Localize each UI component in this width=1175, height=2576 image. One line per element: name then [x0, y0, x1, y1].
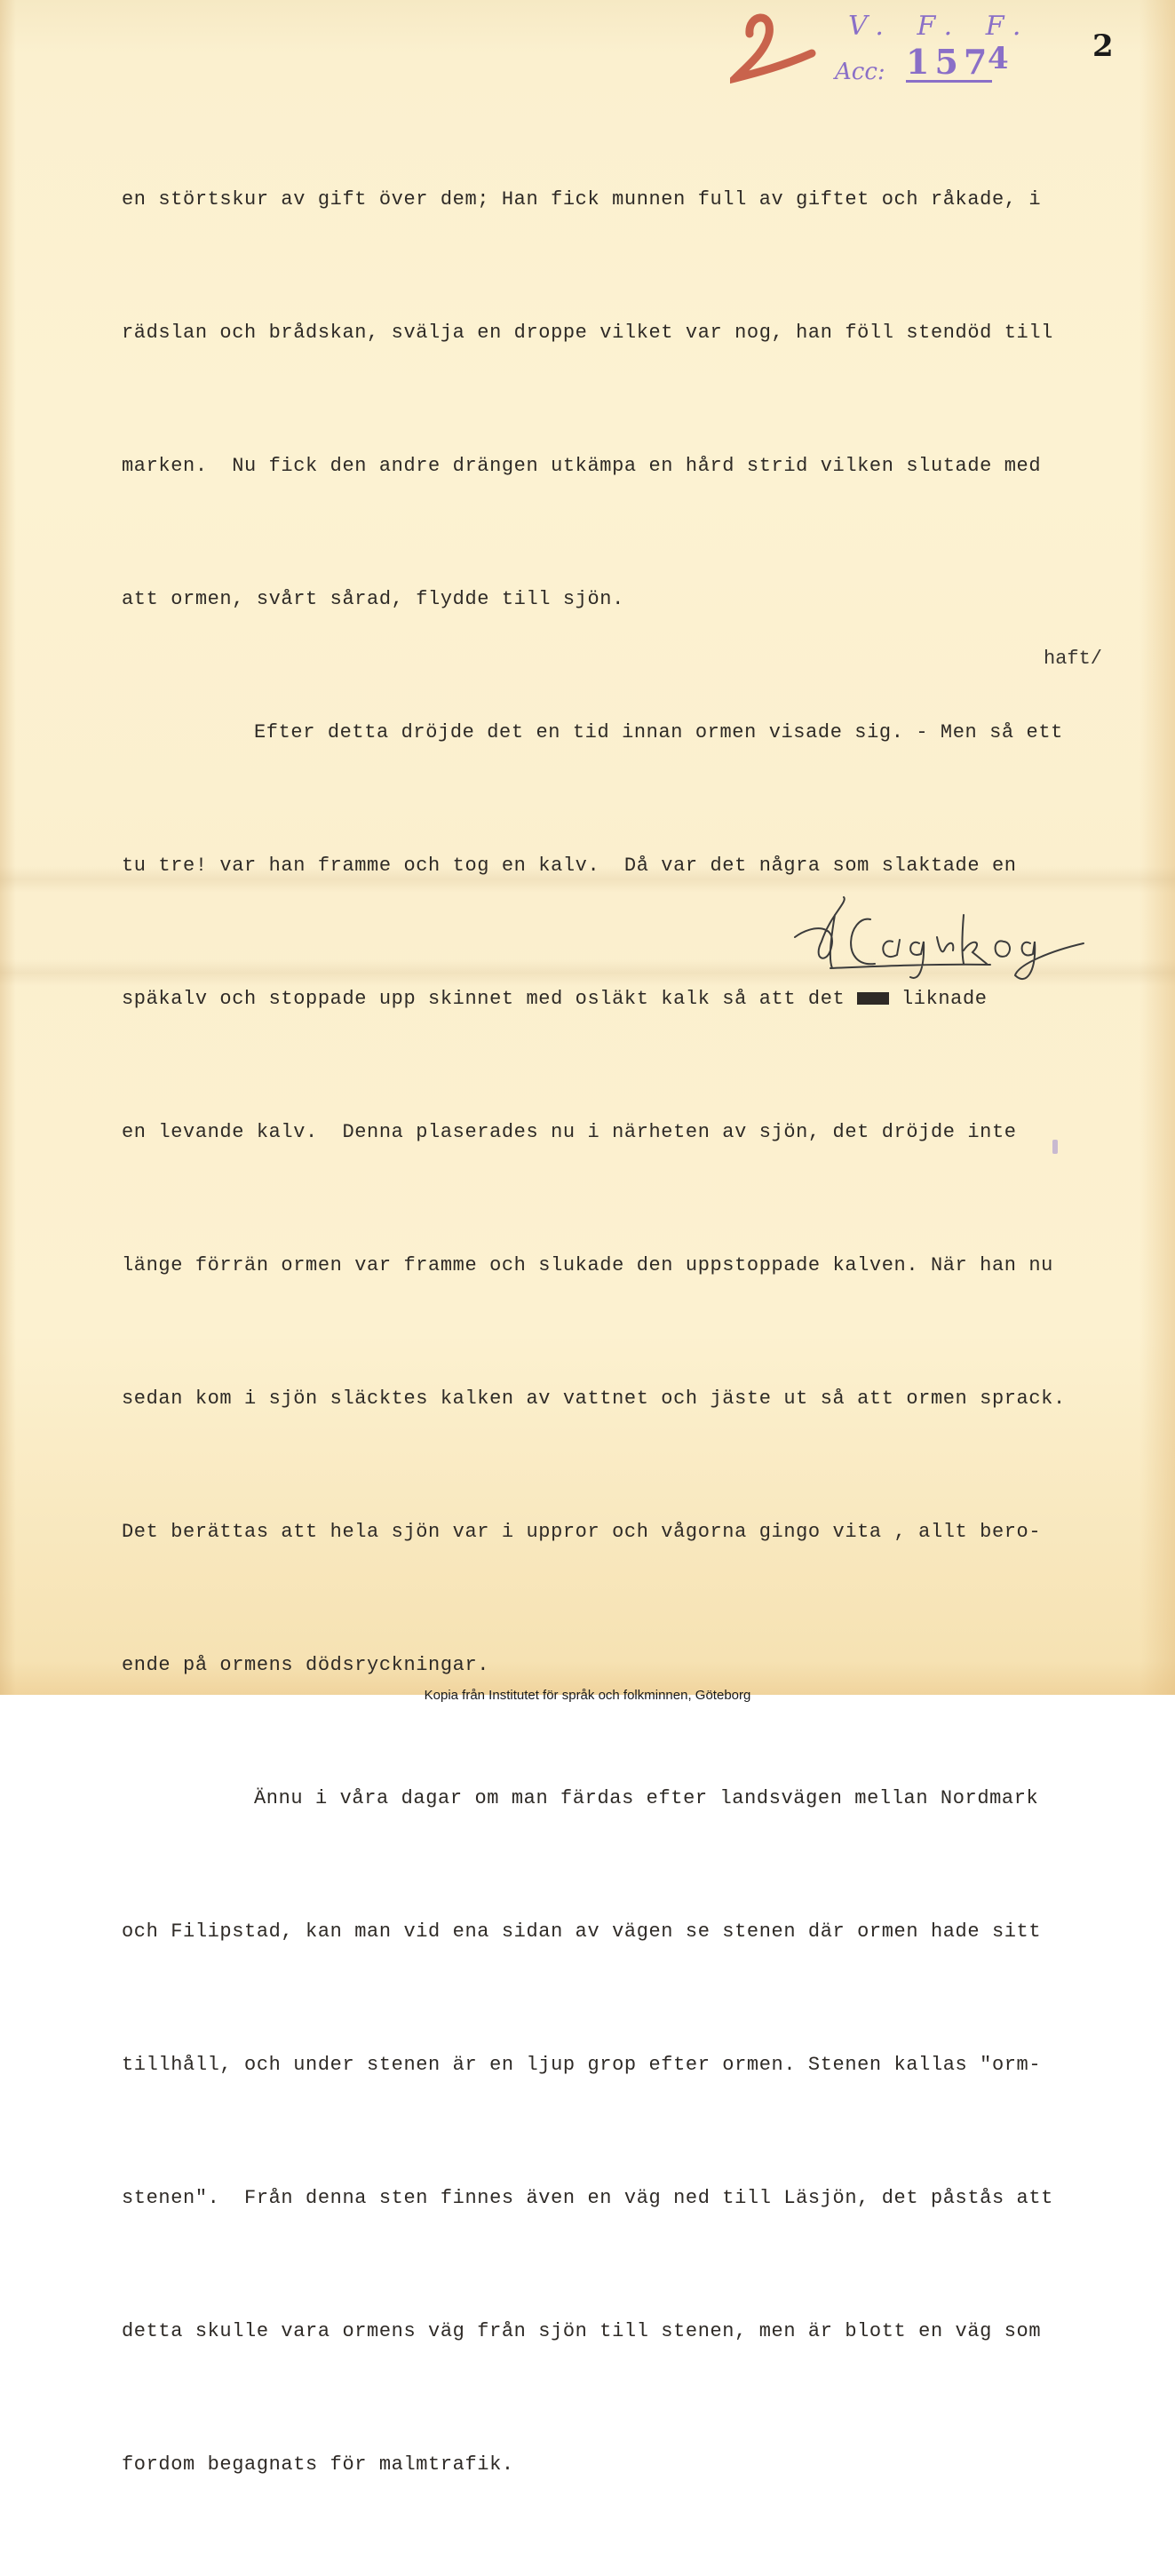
text-line: Det berättas att hela sjön var i uppror …	[122, 1510, 1152, 1554]
text-line: marken. Nu fick den andre drängen utkämp…	[122, 444, 1152, 489]
red-pencil-page-mark-icon	[730, 7, 819, 87]
text-segment: späkalv och stoppade upp skinnet med osl…	[122, 988, 845, 1010]
accession-number-suffix: 4	[988, 41, 1009, 76]
handwritten-signature-icon	[786, 888, 1088, 986]
text-line: rädslan och brådskan, svälja en droppe v…	[122, 311, 1152, 355]
interlinear-insertion: haft/	[1044, 648, 1102, 670]
text-line: en levande kalv. Denna plaserades nu i n…	[122, 1110, 1152, 1155]
text-line: länge förrän ormen var framme och slukad…	[122, 1244, 1152, 1288]
copyright-caption: Kopia från Institutet för språk och folk…	[0, 1688, 1175, 1703]
text-segment: liknade	[901, 988, 988, 1010]
accession-number: 157	[906, 44, 992, 83]
text-line: att ormen, svårt sårad, flydde till sjön…	[122, 577, 1152, 622]
struck-out-word: hänn	[857, 992, 889, 1005]
document-page: V. F. F. Acc: 157 4 2 en störtskur av gi…	[0, 0, 1175, 1697]
text-line: ende på ormens dödsryckningar.	[122, 1643, 1152, 1688]
text-line: Efter detta dröjde det en tid innan orme…	[122, 711, 1152, 755]
text-line: tu tre! var han framme och tog en kalv. …	[122, 844, 1152, 888]
text-line: en störtskur av gift över dem; Han fick …	[122, 178, 1152, 222]
archive-stamp: V. F. F.	[848, 11, 1033, 42]
accession-label: Acc:	[835, 59, 885, 85]
text-line: sedan kom i sjön släcktes kalken av vatt…	[122, 1377, 1152, 1421]
ink-spot	[1052, 1140, 1058, 1154]
page-number: 2	[1092, 28, 1114, 64]
